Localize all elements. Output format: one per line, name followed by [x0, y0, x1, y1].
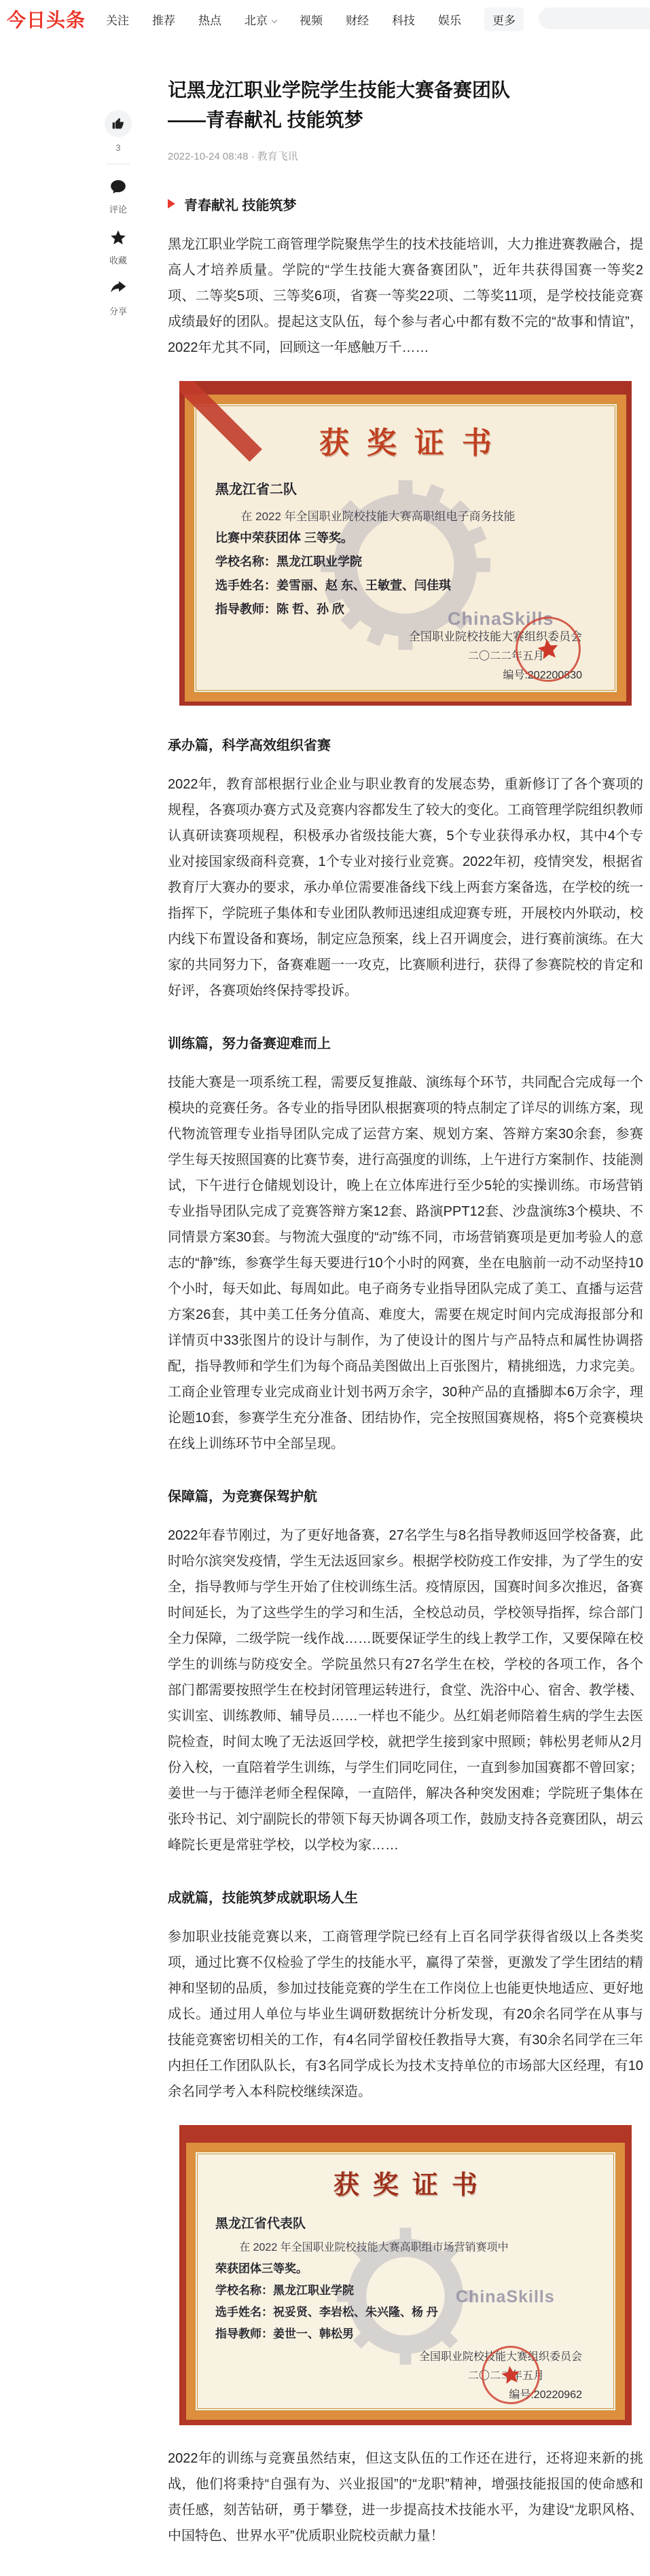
- comment-button[interactable]: 评论: [102, 178, 134, 215]
- nav-item-city[interactable]: 北京: [245, 11, 276, 28]
- nav-item-follow[interactable]: 关注: [106, 11, 129, 28]
- page-title: 记黑龙江职业学院学生技能大赛备赛团队 ——青春献礼 技能筑梦: [168, 75, 643, 135]
- nav-item-entertainment[interactable]: 娱乐: [438, 11, 461, 28]
- article-meta: 2022-10-24 08:48 · 教育飞讯: [168, 149, 643, 163]
- section-heading-support: 保障篇，为竞赛保驾护航: [168, 1485, 643, 1505]
- like-button[interactable]: [105, 110, 132, 137]
- cert2-team: 黑龙江省代表队: [215, 2213, 596, 2232]
- cert1-players: 选手姓名：姜雪丽、赵 东、王敏萱、闫佳琪: [215, 576, 596, 594]
- comment-label: 评论: [102, 202, 134, 215]
- cert2-body-line1: 在 2022 年全国职业院校技能大赛高职组市场营销赛项中: [215, 2238, 596, 2254]
- paragraph-achievement: 参加职业技能竞赛以来，工商管理学院已经有上百名同学获得省级以上各类奖项，通过比赛…: [168, 1924, 643, 2105]
- share-button[interactable]: 分享: [102, 280, 134, 317]
- nav-item-more[interactable]: 更多: [484, 7, 524, 31]
- favorite-label: 收藏: [102, 253, 134, 266]
- nav-item-video[interactable]: 视频: [300, 11, 323, 28]
- page-title-line2: ——青春献礼 技能筑梦: [168, 105, 643, 135]
- paragraph-training: 技能大赛是一项系统工程，需要反复推敲、演练每个环节，共同配合完成每一个模块的竞赛…: [168, 1070, 643, 1457]
- section-heading-hosting: 承办篇，科学高效组织省赛: [168, 734, 643, 754]
- nav-menu: 关注 推荐 热点 北京 视频 财经 科技 娱乐 更多: [106, 7, 524, 31]
- cert1-photo: ChinaSkills 获奖证书 黑龙江省二队 在 2022 年全国职业院校技能…: [179, 381, 632, 706]
- comment-icon: [109, 178, 127, 196]
- action-rail: 3 评论 收藏 分享: [102, 110, 134, 331]
- share-label: 分享: [102, 304, 134, 317]
- star-icon: [109, 229, 127, 247]
- toutiao-logo[interactable]: 今日头条: [7, 5, 86, 33]
- section-heading-training: 训练篇，努力备赛迎难而上: [168, 1032, 643, 1052]
- nav-city-label: 北京: [245, 14, 268, 27]
- like-count: 3: [102, 143, 134, 153]
- cert1-team: 黑龙江省二队: [215, 478, 596, 498]
- top-nav-bar: 今日头条 关注 推荐 热点 北京 视频 财经 科技 娱乐 更多: [0, 0, 650, 38]
- thumbs-up-icon: [111, 117, 125, 130]
- award-certificate-image-1[interactable]: ChinaSkills 获奖证书 黑龙江省二队 在 2022 年全国职业院校技能…: [179, 381, 632, 706]
- cert1-title: 获奖证书: [215, 418, 596, 462]
- share-icon: [109, 280, 127, 297]
- paragraph-support: 2022年春节刚过，为了更好地备赛，27名学生与8名指导教师返回学校备赛，此时哈…: [168, 1523, 643, 1858]
- main-content: 3 评论 收藏 分享 记黑龙江职业学院学生技能大赛备赛团队 ——青春献礼 技能筑…: [0, 38, 650, 2576]
- nav-item-finance[interactable]: 财经: [346, 11, 369, 28]
- award-certificate-image-2[interactable]: ChinaSkills 获奖证书 黑龙江省代表队 在 2022 年全国职业院校技…: [179, 2125, 632, 2425]
- cert2-teachers: 指导教师：姜世一、韩松男: [215, 2324, 596, 2341]
- cert2-photo: ChinaSkills 获奖证书 黑龙江省代表队 在 2022 年全国职业院校技…: [179, 2125, 632, 2425]
- cert2-title: 获奖证书: [215, 2164, 596, 2201]
- paragraph-hosting: 2022年，教育部根据行业企业与职业教育的发展态势，重新修订了各个赛项的规程，各…: [168, 772, 643, 1004]
- lead-heading-row: 青春献礼 技能筑梦: [168, 194, 643, 214]
- favorite-button[interactable]: 收藏: [102, 229, 134, 266]
- cert2-players: 选手姓名：祝妥贤、李岩松、朱兴隆、杨 丹: [215, 2302, 596, 2319]
- nav-item-recommend[interactable]: 推荐: [152, 11, 175, 28]
- lead-heading: 青春献礼 技能筑梦: [184, 194, 297, 214]
- cert1-school: 学校名称：黑龙江职业学院: [215, 552, 596, 570]
- cert2-body-line2: 荣获团体三等奖。: [215, 2259, 596, 2276]
- section-heading-achievement: 成就篇，技能筑梦成就职场人生: [168, 1887, 643, 1906]
- cert1-teachers: 指导教师：陈 哲、孙 欣: [215, 600, 596, 617]
- nav-item-hot[interactable]: 热点: [198, 11, 221, 28]
- cert2-school: 学校名称：黑龙江职业学院: [215, 2281, 596, 2298]
- cert1-body-line1: 在 2022 年全国职业院校技能大赛高职组电子商务技能: [215, 507, 596, 524]
- cert1-body-line2: 比赛中荣获团体 三等奖。: [215, 528, 596, 546]
- paragraph-intro: 黑龙江职业学院工商管理学院聚焦学生的技术技能培训，大力推进赛教融合，提高人才培养…: [168, 232, 643, 361]
- rail-divider: [107, 164, 130, 164]
- search-box[interactable]: [539, 7, 650, 29]
- article: 记黑龙江职业学院学生技能大赛备赛团队 ——青春献礼 技能筑梦 2022-10-2…: [168, 38, 643, 2576]
- nav-item-tech[interactable]: 科技: [392, 11, 415, 28]
- paragraph-closing: 2022年的训练与竞赛虽然结束，但这支队伍的工作还在进行，还将迎来新的挑战，他们…: [168, 2446, 643, 2549]
- chevron-down-icon: [272, 17, 277, 22]
- page-title-line1: 记黑龙江职业学院学生技能大赛备赛团队: [168, 75, 643, 105]
- red-triangle-icon: [168, 199, 175, 208]
